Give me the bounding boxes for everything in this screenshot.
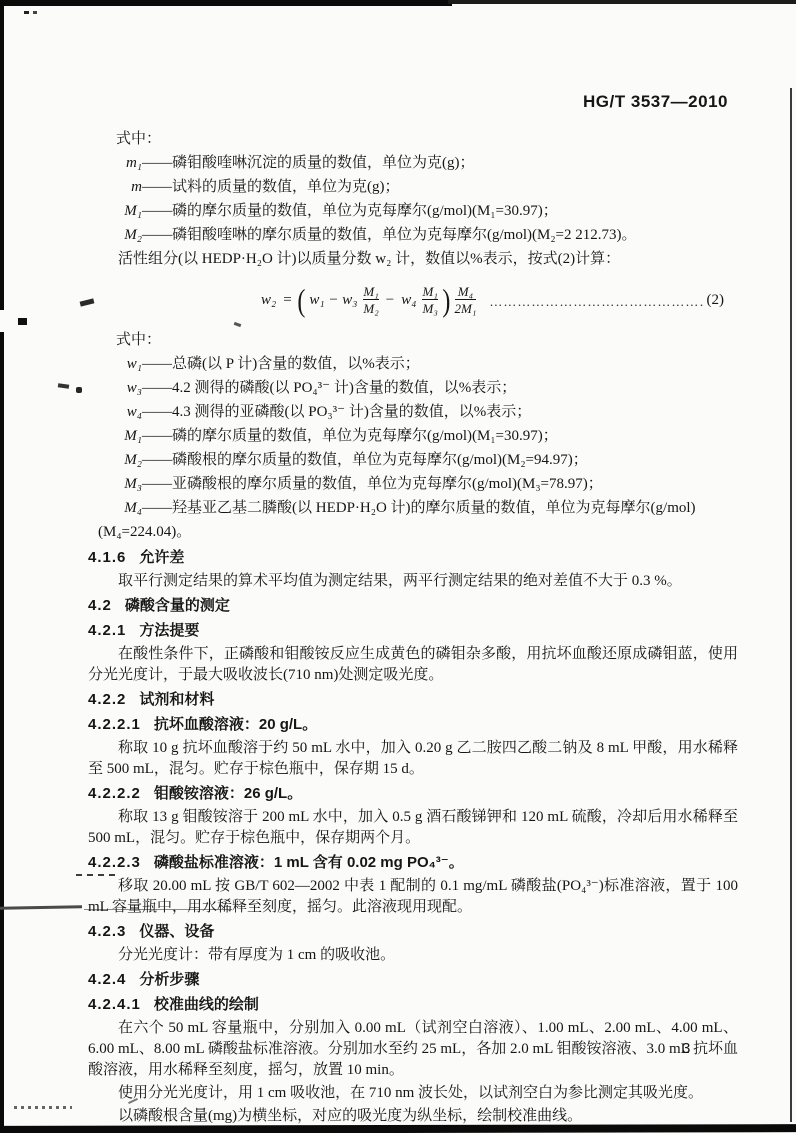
formula-term: w₁ − w₃ <box>306 292 360 309</box>
definition-text: ——亚磷酸根的摩尔质量的数值，单位为克每摩尔(g/mol)(M₃=78.97)； <box>142 476 603 492</box>
clause-number: 4.2.3 <box>88 923 126 940</box>
equation-body: w₂=(w₁ − w₃M₁M₂−w₄M₁M₃)M₄2M₁ <box>258 284 479 316</box>
clause-title: 分析步骤 <box>139 971 199 988</box>
scan-artifact <box>0 310 5 332</box>
clause-number: 4.2.2 <box>88 691 126 708</box>
variable-symbol: M₂ <box>98 448 142 472</box>
scan-artifact <box>33 11 37 14</box>
paragraph: 移取 20.00 mL 按 GB/T 602—2002 中表 1 配制的 0.1… <box>88 876 738 918</box>
variable-symbol: w₃ <box>98 376 142 400</box>
clause-title: 允许差 <box>139 549 184 566</box>
clause-title: 抗坏血酸溶液：20 g/L。 <box>154 716 317 733</box>
clause-title: 校准曲线的绘制 <box>154 996 259 1013</box>
definition-line: w₄——4.3 测得的亚磷酸(以 PO₃³⁻ 计)含量的数值，以%表示； <box>88 400 738 424</box>
formula-where-label: 式中： <box>88 127 738 151</box>
fraction-numerator: M₁ <box>363 284 378 299</box>
variable-symbol: M₄ <box>98 496 142 520</box>
variable-symbol: m <box>98 175 142 199</box>
clause-heading: 4.2.2.1抗坏血酸溶液：20 g/L。 <box>88 713 738 736</box>
formula-where-label: 式中： <box>88 328 738 352</box>
page-number: 3 <box>682 1040 690 1057</box>
fraction-numerator: M₁ <box>422 284 437 299</box>
definition-text: ——磷钼酸喹啉的摩尔质量的数值，单位为克每摩尔(g/mol)(M₂=2 212.… <box>142 227 637 243</box>
clause-number: 4.2.2.2 <box>88 785 141 802</box>
minus-sign: − <box>382 292 398 309</box>
definition-line: w₁——总磷(以 P 计)含量的数值，以%表示； <box>88 352 738 376</box>
clause-title: 钼酸铵溶液：26 g/L。 <box>154 785 302 802</box>
dot-leader: ………………………………………………………… <box>489 294 702 312</box>
clause-heading: 4.2.2.2钼酸铵溶液：26 g/L。 <box>88 782 738 805</box>
definition-line: m——试料的质量的数值，单位为克(g)； <box>88 175 738 199</box>
clause-heading: 4.2.2.3磷酸盐标准溶液：1 mL 含有 0.02 mg PO₄³⁻。 <box>88 851 738 874</box>
fraction-numerator: M₄ <box>455 284 477 299</box>
clause-title: 方法提要 <box>139 622 199 639</box>
open-paren: ( <box>297 284 305 316</box>
variable-symbol: m₁ <box>98 151 142 175</box>
clause-number: 4.2.2.3 <box>88 854 141 871</box>
scan-edge-top <box>448 0 796 4</box>
clause-heading: 4.2.3仪器、设备 <box>88 920 738 943</box>
clause-title: 仪器、设备 <box>139 923 214 940</box>
definition-text: ——4.2 测得的磷酸(以 PO₄³⁻ 计)含量的数值，以%表示； <box>142 380 516 396</box>
clause-title: 磷酸盐标准溶液：1 mL 含有 0.02 mg PO₄³⁻。 <box>154 854 464 871</box>
definition-line: w₃——4.2 测得的磷酸(以 PO₄³⁻ 计)含量的数值，以%表示； <box>88 376 738 400</box>
paragraph: 活性组分(以 HEDP·H₂O 计)以质量分数 w₂ 计，数值以%表示，按式(2… <box>88 249 738 270</box>
variable-symbol: M₁ <box>98 199 142 223</box>
clause-heading: 4.2.4分析步骤 <box>88 968 738 991</box>
fraction-denominator: 2M₁ <box>455 299 477 316</box>
scan-edge-right <box>790 88 792 1122</box>
variable-symbol: M₂ <box>98 223 142 247</box>
definition-text: ——总磷(以 P 计)含量的数值，以%表示； <box>142 356 420 372</box>
scan-artifact <box>58 383 69 388</box>
definition-text: ——磷的摩尔质量的数值，单位为克每摩尔(g/mol)(M₁=30.97)； <box>142 428 558 444</box>
definition-text: ——磷钼酸喹啉沉淀的质量的数值，单位为克(g)； <box>142 155 475 171</box>
paragraph: 称取 13 g 钼酸铵溶于 200 mL 水中，加入 0.5 g 酒石酸锑钾和 … <box>88 807 738 849</box>
clause-number: 4.2 <box>88 597 112 614</box>
variable-symbol: w₄ <box>98 400 142 424</box>
definition-line: M₁——磷的摩尔质量的数值，单位为克每摩尔(g/mol)(M₁=30.97)； <box>88 199 738 223</box>
clause-heading: 4.2.4.1校准曲线的绘制 <box>88 993 738 1016</box>
scanned-document-page: HG/T 3537—2010 式中：m₁——磷钼酸喹啉沉淀的质量的数值，单位为克… <box>0 0 796 1133</box>
document-content: 式中：m₁——磷钼酸喹啉沉淀的质量的数值，单位为克(g)；m——试料的质量的数值… <box>88 127 738 1129</box>
paragraph: 取平行测定结果的算术平均值为测定结果，两平行测定结果的绝对差值不大于 0.3 %… <box>88 571 738 592</box>
fraction: M₁M₃ <box>422 284 437 316</box>
fraction-denominator: M₃ <box>422 299 437 316</box>
definition-text: ——磷酸根的摩尔质量的数值，单位为克每摩尔(g/mol)(M₂=94.97)； <box>142 452 588 468</box>
paragraph: 称取 10 g 抗坏血酸溶于约 50 mL 水中，加入 0.20 g 乙二胺四乙… <box>88 738 738 780</box>
definition-line: m₁——磷钼酸喹啉沉淀的质量的数值，单位为克(g)； <box>88 151 738 175</box>
definition-text: ——羟基亚乙基二膦酸(以 HEDP·H₂O 计)的摩尔质量的数值，单位为克每摩尔… <box>98 500 696 540</box>
scan-artifact <box>76 387 82 393</box>
equals-sign: = <box>279 292 295 309</box>
clause-title: 磷酸含量的测定 <box>125 597 230 614</box>
definition-text: ——4.3 测得的亚磷酸(以 PO₃³⁻ 计)含量的数值，以%表示； <box>142 404 531 420</box>
scan-edge-top <box>0 0 452 6</box>
equation-number: (2) <box>707 292 739 309</box>
fraction: M₁M₂ <box>363 284 378 316</box>
close-paren: ) <box>442 284 450 316</box>
definition-line: M₂——磷钼酸喹啉的摩尔质量的数值，单位为克每摩尔(g/mol)(M₂=2 21… <box>88 223 738 247</box>
variable-symbol: M₃ <box>98 472 142 496</box>
paragraph: 以磷酸根含量(mg)为横坐标，对应的吸光度为纵坐标，绘制校准曲线。 <box>88 1106 738 1127</box>
fraction-denominator: M₂ <box>363 299 378 316</box>
variable-symbol: M₁ <box>98 424 142 448</box>
definition-text: ——试料的质量的数值，单位为克(g)； <box>142 179 400 195</box>
scan-artifact <box>24 11 29 14</box>
clause-number: 4.1.6 <box>88 549 126 566</box>
paragraph: 在酸性条件下，正磷酸和钼酸铵反应生成黄色的磷钼杂多酸，用抗坏血酸还原成磷钼蓝，使… <box>88 644 738 686</box>
variable-symbol: w₁ <box>98 352 142 376</box>
paragraph: 分光光度计：带有厚度为 1 cm 的吸收池。 <box>88 945 738 966</box>
clause-title: 试剂和材料 <box>139 691 214 708</box>
clause-number: 4.2.1 <box>88 622 126 639</box>
clause-heading: 4.2.2试剂和材料 <box>88 688 738 711</box>
scan-artifact <box>18 318 27 325</box>
definition-line: M₄——羟基亚乙基二膦酸(以 HEDP·H₂O 计)的摩尔质量的数值，单位为克每… <box>88 496 738 544</box>
paragraph: 使用分光光度计，用 1 cm 吸收池，在 710 nm 波长处，以试剂空白为参比… <box>88 1083 738 1104</box>
clause-heading: 4.2磷酸含量的测定 <box>88 594 738 617</box>
clause-number: 4.2.4.1 <box>88 996 141 1013</box>
clause-number: 4.2.2.1 <box>88 716 141 733</box>
definition-line: M₂——磷酸根的摩尔质量的数值，单位为克每摩尔(g/mol)(M₂=94.97)… <box>88 448 738 472</box>
scan-artifact <box>14 1106 72 1109</box>
clause-number: 4.2.4 <box>88 971 126 988</box>
standard-number: HG/T 3537—2010 <box>0 92 728 112</box>
formula-term: w₄ <box>398 292 419 309</box>
definition-line: M₃——亚磷酸根的摩尔质量的数值，单位为克每摩尔(g/mol)(M₃=78.97… <box>88 472 738 496</box>
clause-heading: 4.1.6允许差 <box>88 546 738 569</box>
formula-lhs: w₂ <box>258 292 279 309</box>
scan-artifact <box>0 905 82 909</box>
clause-heading: 4.2.1方法提要 <box>88 619 738 642</box>
equation-2: w₂=(w₁ − w₃M₁M₂−w₄M₁M₃)M₄2M₁ ……………………………… <box>88 272 738 328</box>
fraction: M₄2M₁ <box>455 284 477 316</box>
paragraph: 在六个 50 mL 容量瓶中，分别加入 0.00 mL（试剂空白溶液）、1.00… <box>88 1018 738 1081</box>
scan-edge-left <box>0 4 4 1130</box>
definition-text: ——磷的摩尔质量的数值，单位为克每摩尔(g/mol)(M₁=30.97)； <box>142 203 558 219</box>
definition-line: M₁——磷的摩尔质量的数值，单位为克每摩尔(g/mol)(M₁=30.97)； <box>88 424 738 448</box>
